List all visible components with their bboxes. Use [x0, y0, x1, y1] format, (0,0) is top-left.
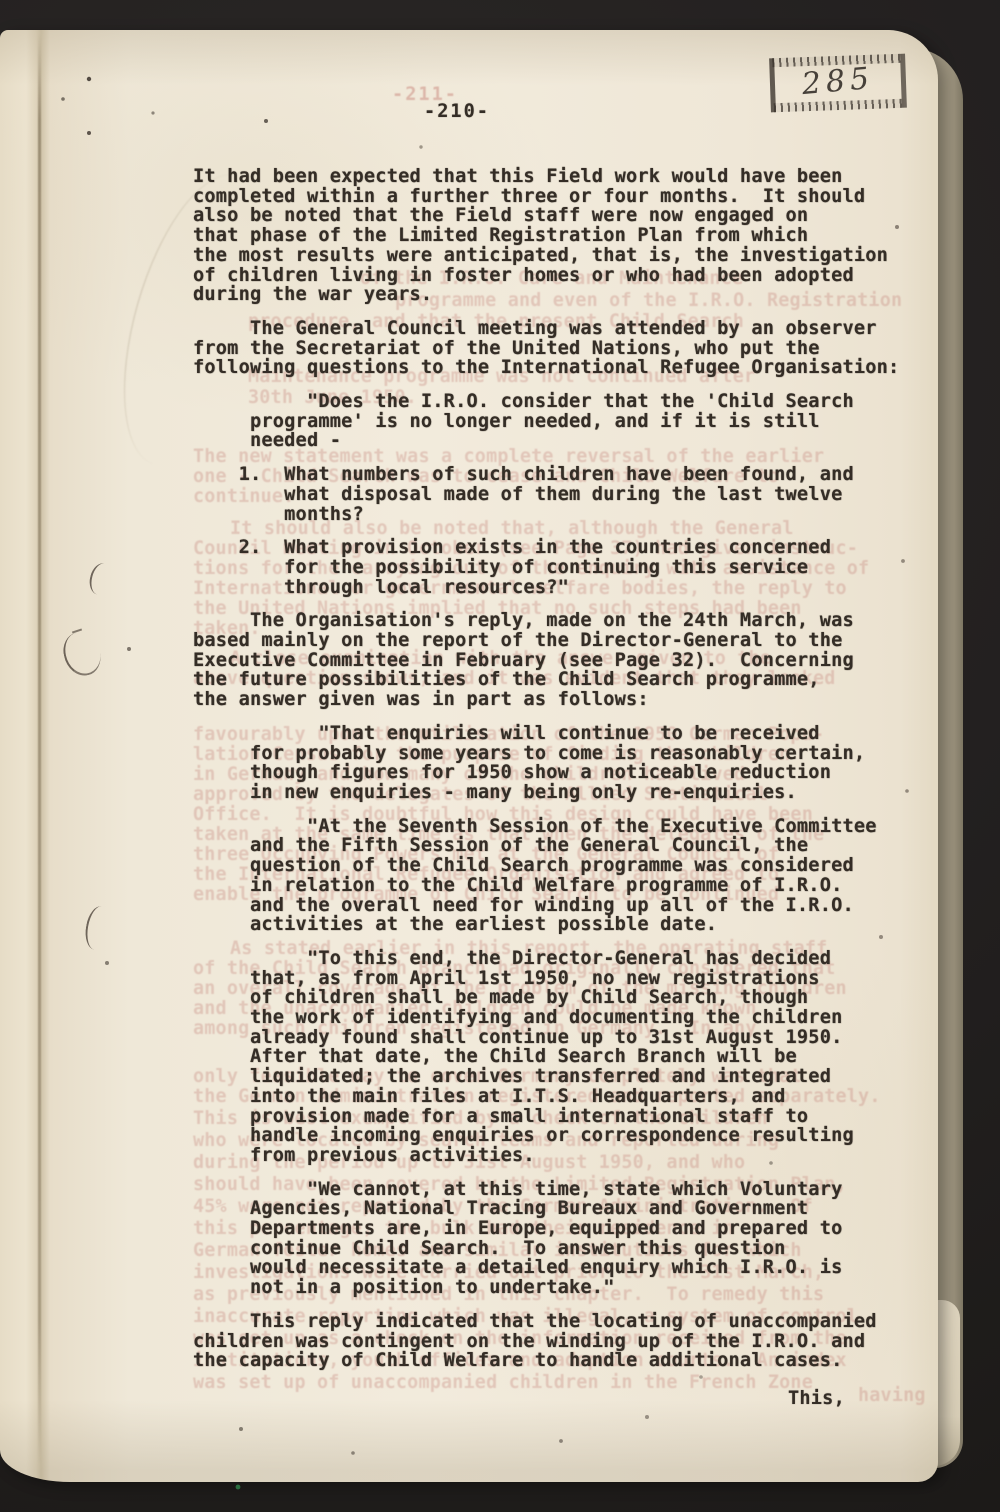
typed-line: not in a position to undertake." [193, 1278, 923, 1298]
typed-line: though figures for 1950 show a noticeabl… [193, 763, 923, 783]
typed-line: handle incoming enquiries or corresponde… [193, 1126, 923, 1146]
typed-line: also be noted that the Field staff were … [193, 206, 923, 226]
typed-line: in new enquiries - many being only re-en… [193, 783, 923, 803]
typed-line: in relation to the Child Welfare program… [193, 876, 923, 896]
archive-stamp: 285 [769, 54, 907, 113]
typed-line: from previous activities. [193, 1146, 923, 1166]
page-number: -210- [424, 101, 490, 122]
quote-reply-1: "That enquiries will continue to be rece… [193, 724, 923, 803]
typed-line: needed - [193, 431, 923, 451]
typed-line: This reply indicated that the locating o… [193, 1312, 923, 1332]
paragraph-4: This reply indicated that the locating o… [193, 1312, 923, 1371]
typed-line: based mainly on the report of the Direct… [193, 631, 923, 651]
typed-line: during the war years. [193, 285, 923, 305]
typed-line: 1. What numbers of such children have be… [193, 465, 923, 485]
typed-line: into the main files at I.T.S. Headquarte… [193, 1087, 923, 1107]
paper-specks [0, 0, 2, 2]
scanned-document-page: of the I.R.O. Care and Maintenanceprogra… [0, 0, 1000, 1512]
typed-line: through local resources?" [193, 578, 923, 598]
typed-line: the capacity of Child Welfare to handle … [193, 1351, 923, 1371]
typed-line: what disposal made of them during the la… [193, 485, 923, 505]
typed-line: the answer given was in part as follows: [193, 690, 923, 710]
typed-line: the most results were anticipated, that … [193, 246, 923, 266]
typed-line: Agencies, National Tracing Bureaux and G… [193, 1199, 923, 1219]
typed-line: The General Council meeting was attended… [193, 319, 923, 339]
typed-line: of children shall be made by Child Searc… [193, 988, 923, 1008]
question-2: 2. What provision exists in the countrie… [193, 538, 923, 597]
typed-line: liquidated; the archives transferred and… [193, 1067, 923, 1087]
bleedthrough-line: having [858, 1385, 926, 1406]
typed-line: would necessitate a detailed enquiry whi… [193, 1258, 923, 1278]
quote-reply-4: "We cannot, at this time, state which Vo… [193, 1180, 923, 1298]
typed-line: "We cannot, at this time, state which Vo… [193, 1180, 923, 1200]
typed-line: activities at the earliest possible date… [193, 915, 923, 935]
typed-line: provision made for a small international… [193, 1107, 923, 1127]
typed-line: that, as from April 1st 1950, no new reg… [193, 969, 923, 989]
typed-line: from the Secretariat of the United Natio… [193, 339, 923, 359]
typed-line: "To this end, the Director-General has d… [193, 949, 923, 969]
typed-line: the work of identifying and documenting … [193, 1008, 923, 1028]
typed-line: that phase of the Limited Registration P… [193, 226, 923, 246]
typed-line: The Organisation's reply, made on the 24… [193, 611, 923, 631]
typed-line: already found shall continue up to 31st … [193, 1028, 923, 1048]
typed-line: Executive Committee in February (see Pag… [193, 651, 923, 671]
typed-line: Departments are, in Europe, equipped and… [193, 1219, 923, 1239]
typed-line: "That enquiries will continue to be rece… [193, 724, 923, 744]
typed-line: It had been expected that this Field wor… [193, 167, 923, 187]
typed-line: for the possibility of continuing this s… [193, 558, 923, 578]
paragraph-1: It had been expected that this Field wor… [193, 167, 923, 305]
quote-reply-3: "To this end, the Director-General has d… [193, 949, 923, 1166]
paragraph-2: The General Council meeting was attended… [193, 319, 923, 378]
typed-line: "Does the I.R.O. consider that the 'Chil… [193, 392, 923, 412]
paragraph-3: The Organisation's reply, made on the 24… [193, 611, 923, 710]
typed-line: following questions to the International… [193, 358, 923, 378]
typed-line: 2. What provision exists in the countrie… [193, 538, 923, 558]
typed-line: completed within a further three or four… [193, 187, 923, 207]
typed-line: months? [193, 505, 923, 525]
typed-line: the future possibilities of the Child Se… [193, 670, 923, 690]
catchword: This, [788, 1388, 845, 1409]
typed-line: "At the Seventh Session of the Executive… [193, 817, 923, 837]
typed-line: programme' is no longer needed, and if i… [193, 412, 923, 432]
typed-line: and the Fifth Session of the General Cou… [193, 836, 923, 856]
typed-line: continue Child Search. To answer this qu… [193, 1239, 923, 1259]
typed-line: question of the Child Search programme w… [193, 856, 923, 876]
typed-text: It had been expected that this Field wor… [193, 167, 923, 1385]
typed-line: children was contingent on the winding u… [193, 1332, 923, 1352]
typed-line: and the overall need for winding up all … [193, 896, 923, 916]
quote-question-intro: "Does the I.R.O. consider that the 'Chil… [193, 392, 923, 451]
typed-line: of children living in foster homes or wh… [193, 266, 923, 286]
question-1: 1. What numbers of such children have be… [193, 465, 923, 524]
typed-line: for probably some years to come is reaso… [193, 744, 923, 764]
quote-reply-2: "At the Seventh Session of the Executive… [193, 817, 923, 935]
typed-line: After that date, the Child Search Branch… [193, 1047, 923, 1067]
